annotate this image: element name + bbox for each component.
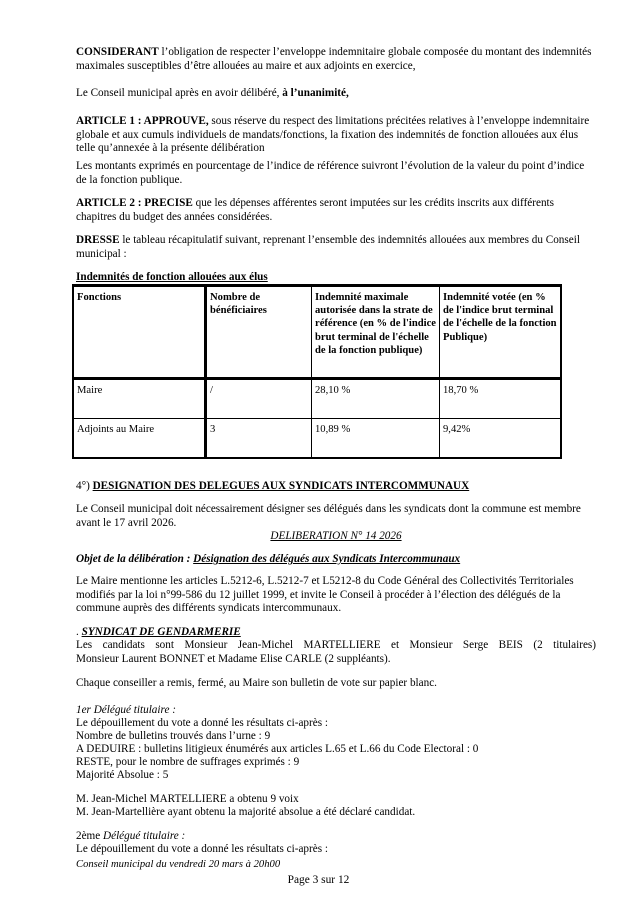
cell-votee: 9,42% <box>440 419 562 459</box>
cell-max: 10,89 % <box>312 419 440 459</box>
candidats-line1: Les candidats sont Monsieur Jean-Michel … <box>76 639 596 653</box>
dresse-lead: DRESSE <box>76 234 120 246</box>
vote2-label: 2ème Délégué titulaire : <box>76 830 596 844</box>
bulletin-paragraph: Chaque conseiller a remis, fermé, au Mai… <box>76 677 596 691</box>
cell-fonction: Maire <box>73 379 206 419</box>
indemnities-table: Fonctions Nombre de bénéficiaires Indemn… <box>72 284 562 459</box>
header-fonctions: Fonctions <box>73 286 206 379</box>
dresse-paragraph: DRESSE le tableau récapitulatif suivant,… <box>76 234 596 261</box>
montants-paragraph: Les montants exprimés en pourcentage de … <box>76 160 596 187</box>
vote1-result: M. Jean-Martellière ayant obtenu la majo… <box>76 806 596 820</box>
vote2-italic: Délégué titulaire : <box>103 830 185 842</box>
cell-nombre: / <box>206 379 312 419</box>
section4-number: 4°) <box>76 480 93 492</box>
article2-lead: ARTICLE 2 : PRECISE <box>76 197 193 209</box>
header-nombre: Nombre de bénéficiaires <box>206 286 312 379</box>
cell-nombre: 3 <box>206 419 312 459</box>
deliberation-number: DELIBERATION N° 14 2026 <box>76 530 596 544</box>
article1-lead: ARTICLE 1 : APPROUVE, <box>76 115 209 127</box>
candidats-line2: Monsieur Laurent BONNET et Madame Elise … <box>76 653 596 667</box>
section4-intro: Le Conseil municipal doit nécessairement… <box>76 503 596 530</box>
article1-paragraph: ARTICLE 1 : APPROUVE, sous réserve du re… <box>76 115 596 156</box>
syndicat-title: SYNDICAT DE GENDARMERIE <box>82 626 241 638</box>
cell-max: 28,10 % <box>312 379 440 419</box>
page-number: Page 3 sur 12 <box>0 874 637 888</box>
vote1-line: Nombre de bulletins trouvés dans l’urne … <box>76 730 596 744</box>
conseil-text: Le Conseil municipal après en avoir déli… <box>76 87 282 99</box>
considerant-lead: CONSIDERANT <box>76 46 159 58</box>
vote1-line: RESTE, pour le nombre de suffrages expri… <box>76 756 596 770</box>
table-caption: Indemnités de fonction allouées aux élus <box>76 271 596 285</box>
vote2-prefix: 2ème <box>76 830 103 842</box>
section4-title: DESIGNATION DES DELEGUES AUX SYNDICATS I… <box>93 480 470 492</box>
objet-label: Objet de la délibération : <box>76 553 193 565</box>
table-row: Adjoints au Maire 3 10,89 % 9,42% <box>73 419 561 459</box>
conseil-paragraph: Le Conseil municipal après en avoir déli… <box>76 87 596 101</box>
table-header-row: Fonctions Nombre de bénéficiaires Indemn… <box>73 286 561 379</box>
vote1-line: A DEDUIRE : bulletins litigieux énumérés… <box>76 743 596 757</box>
section4-heading: 4°) DESIGNATION DES DELEGUES AUX SYNDICA… <box>76 480 596 494</box>
vote1-label: 1er Délégué titulaire : <box>76 704 596 718</box>
header-indemnite-votee: Indemnité votée (en % de l'indice brut t… <box>440 286 562 379</box>
conseil-bold: à l’unanimité, <box>282 87 349 99</box>
considerant-paragraph: CONSIDERANT l’obligation de respecter l’… <box>76 46 596 73</box>
vote1-result: M. Jean-Michel MARTELLIERE a obtenu 9 vo… <box>76 793 596 807</box>
vote1-line: Majorité Absolue : 5 <box>76 769 596 783</box>
syndicat-heading: . SYNDICAT DE GENDARMERIE <box>76 626 596 640</box>
article2-paragraph: ARTICLE 2 : PRECISE que les dépenses aff… <box>76 197 596 224</box>
table-row: Maire / 28,10 % 18,70 % <box>73 379 561 419</box>
footer-meeting: Conseil municipal du vendredi 20 mars à … <box>76 858 280 872</box>
cell-votee: 18,70 % <box>440 379 562 419</box>
maire-paragraph: Le Maire mentionne les articles L.5212-6… <box>76 575 596 616</box>
vote1-line: Le dépouillement du vote a donné les rés… <box>76 717 596 731</box>
objet-value: Désignation des délégués aux Syndicats I… <box>193 553 460 565</box>
cell-fonction: Adjoints au Maire <box>73 419 206 459</box>
vote2-line: Le dépouillement du vote a donné les rés… <box>76 843 596 857</box>
objet-line: Objet de la délibération : Désignation d… <box>76 553 596 567</box>
header-indemnite-max: Indemnité maximale autorisée dans la str… <box>312 286 440 379</box>
dresse-text: le tableau récapitulatif suivant, repren… <box>76 234 580 260</box>
